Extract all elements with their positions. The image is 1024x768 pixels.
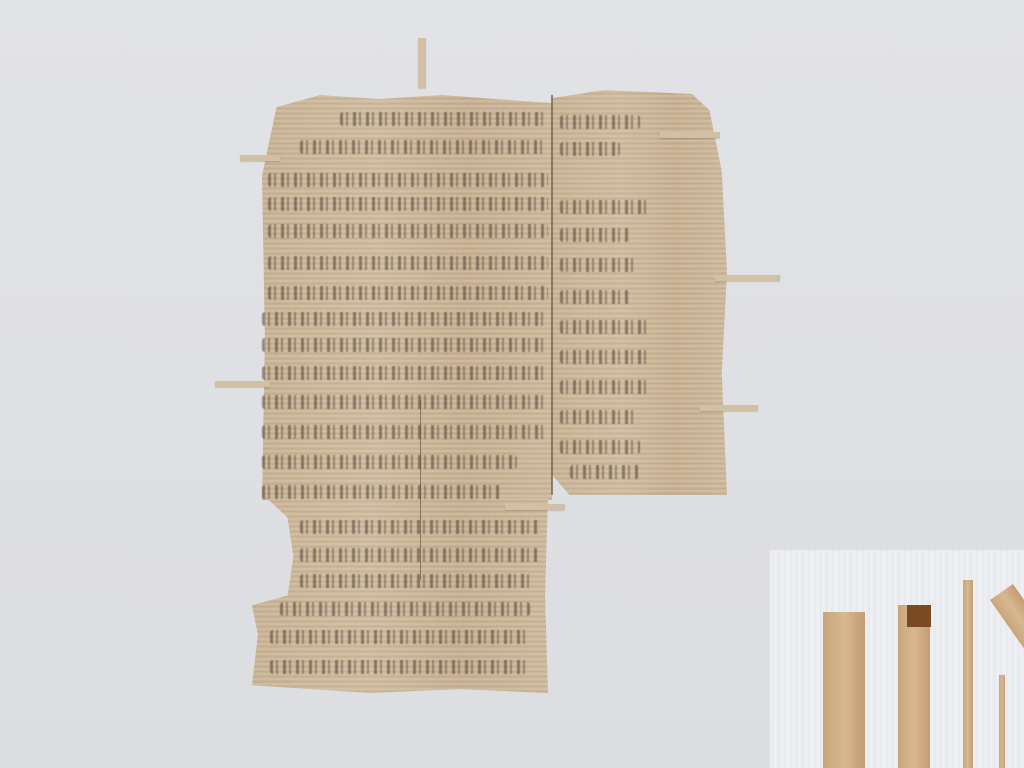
script-line <box>560 290 630 304</box>
script-line <box>262 338 548 352</box>
script-line <box>560 410 635 424</box>
script-line <box>268 256 548 270</box>
script-line <box>560 200 650 214</box>
script-line <box>570 465 640 479</box>
script-line <box>560 142 620 156</box>
papyrus-strip <box>823 612 865 768</box>
papyrus-fiber <box>418 38 426 88</box>
script-line <box>268 224 548 238</box>
script-line <box>340 112 545 126</box>
script-line <box>300 520 540 534</box>
script-line <box>262 366 548 380</box>
script-line <box>262 455 517 469</box>
papyrus-strip <box>898 605 930 768</box>
inset-loose-strips <box>770 550 1024 768</box>
papyrus-fiber <box>215 381 270 387</box>
script-line <box>560 115 640 129</box>
script-line <box>270 660 530 674</box>
script-line <box>270 630 530 644</box>
script-line <box>262 312 548 326</box>
script-line <box>300 574 530 588</box>
script-line <box>560 380 650 394</box>
script-line <box>560 258 635 272</box>
papyrus-strip <box>999 675 1005 768</box>
script-line <box>268 173 548 187</box>
script-line <box>560 350 650 364</box>
papyrus-fiber <box>700 405 758 411</box>
script-line <box>560 320 650 334</box>
papyrus-fiber <box>715 275 780 281</box>
papyrus-strip <box>990 584 1024 657</box>
script-line <box>268 197 548 211</box>
papyrus-strip <box>963 580 973 768</box>
photo-background <box>0 0 1024 768</box>
papyrus-strip-dark-tip <box>907 605 931 627</box>
script-line <box>300 140 545 154</box>
papyrus-fiber <box>660 132 720 138</box>
script-line <box>262 485 502 499</box>
script-line <box>560 228 630 242</box>
script-line <box>262 395 548 409</box>
papyrus-fiber <box>240 155 280 161</box>
papyrus-crack <box>551 95 553 495</box>
papyrus-fiber <box>505 504 565 510</box>
script-line <box>560 440 640 454</box>
script-line <box>300 548 540 562</box>
script-line <box>262 425 548 439</box>
script-line <box>268 286 548 300</box>
script-line <box>280 602 530 616</box>
